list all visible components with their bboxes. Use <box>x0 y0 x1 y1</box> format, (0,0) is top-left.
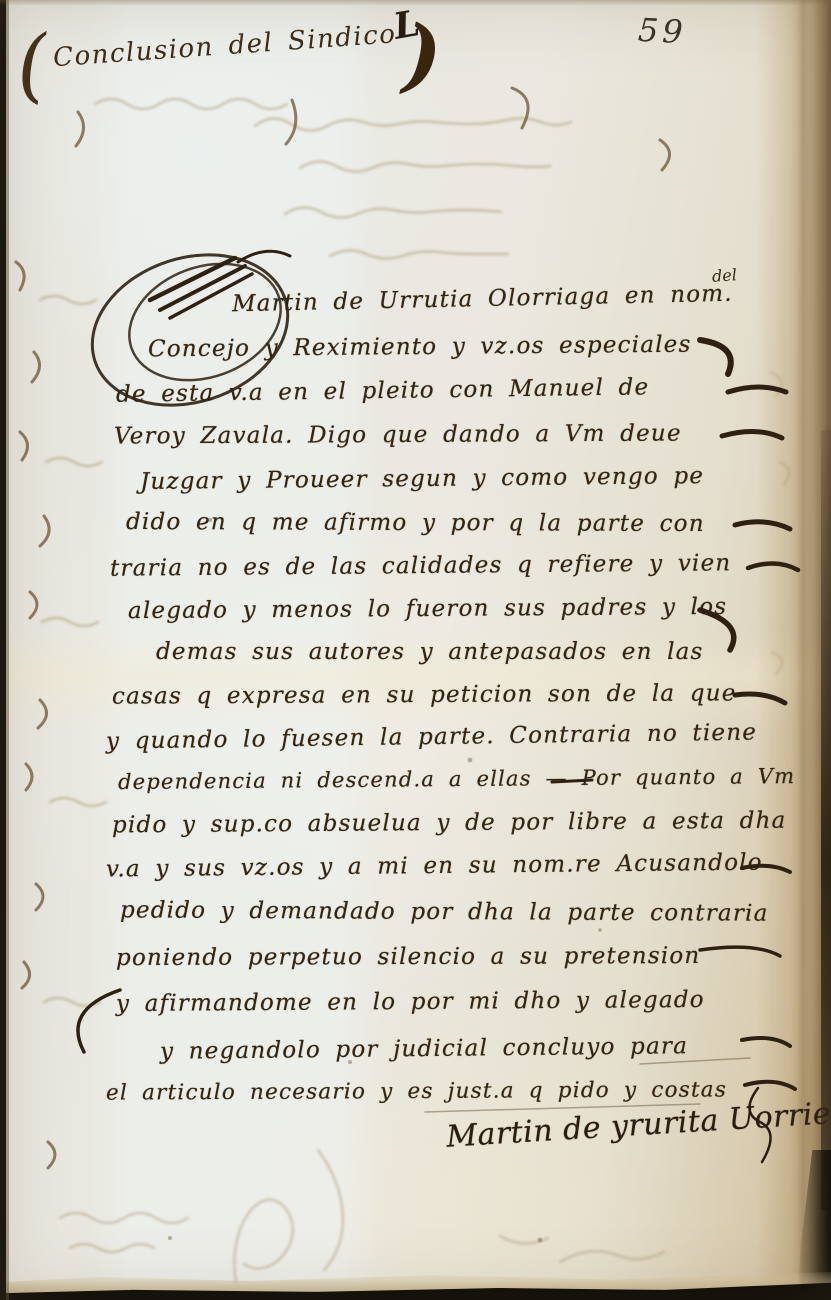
manuscript-page: ( Conclusion del Sindico ) L 59 Martin d… <box>0 0 831 1300</box>
page-vignette <box>0 0 831 1300</box>
